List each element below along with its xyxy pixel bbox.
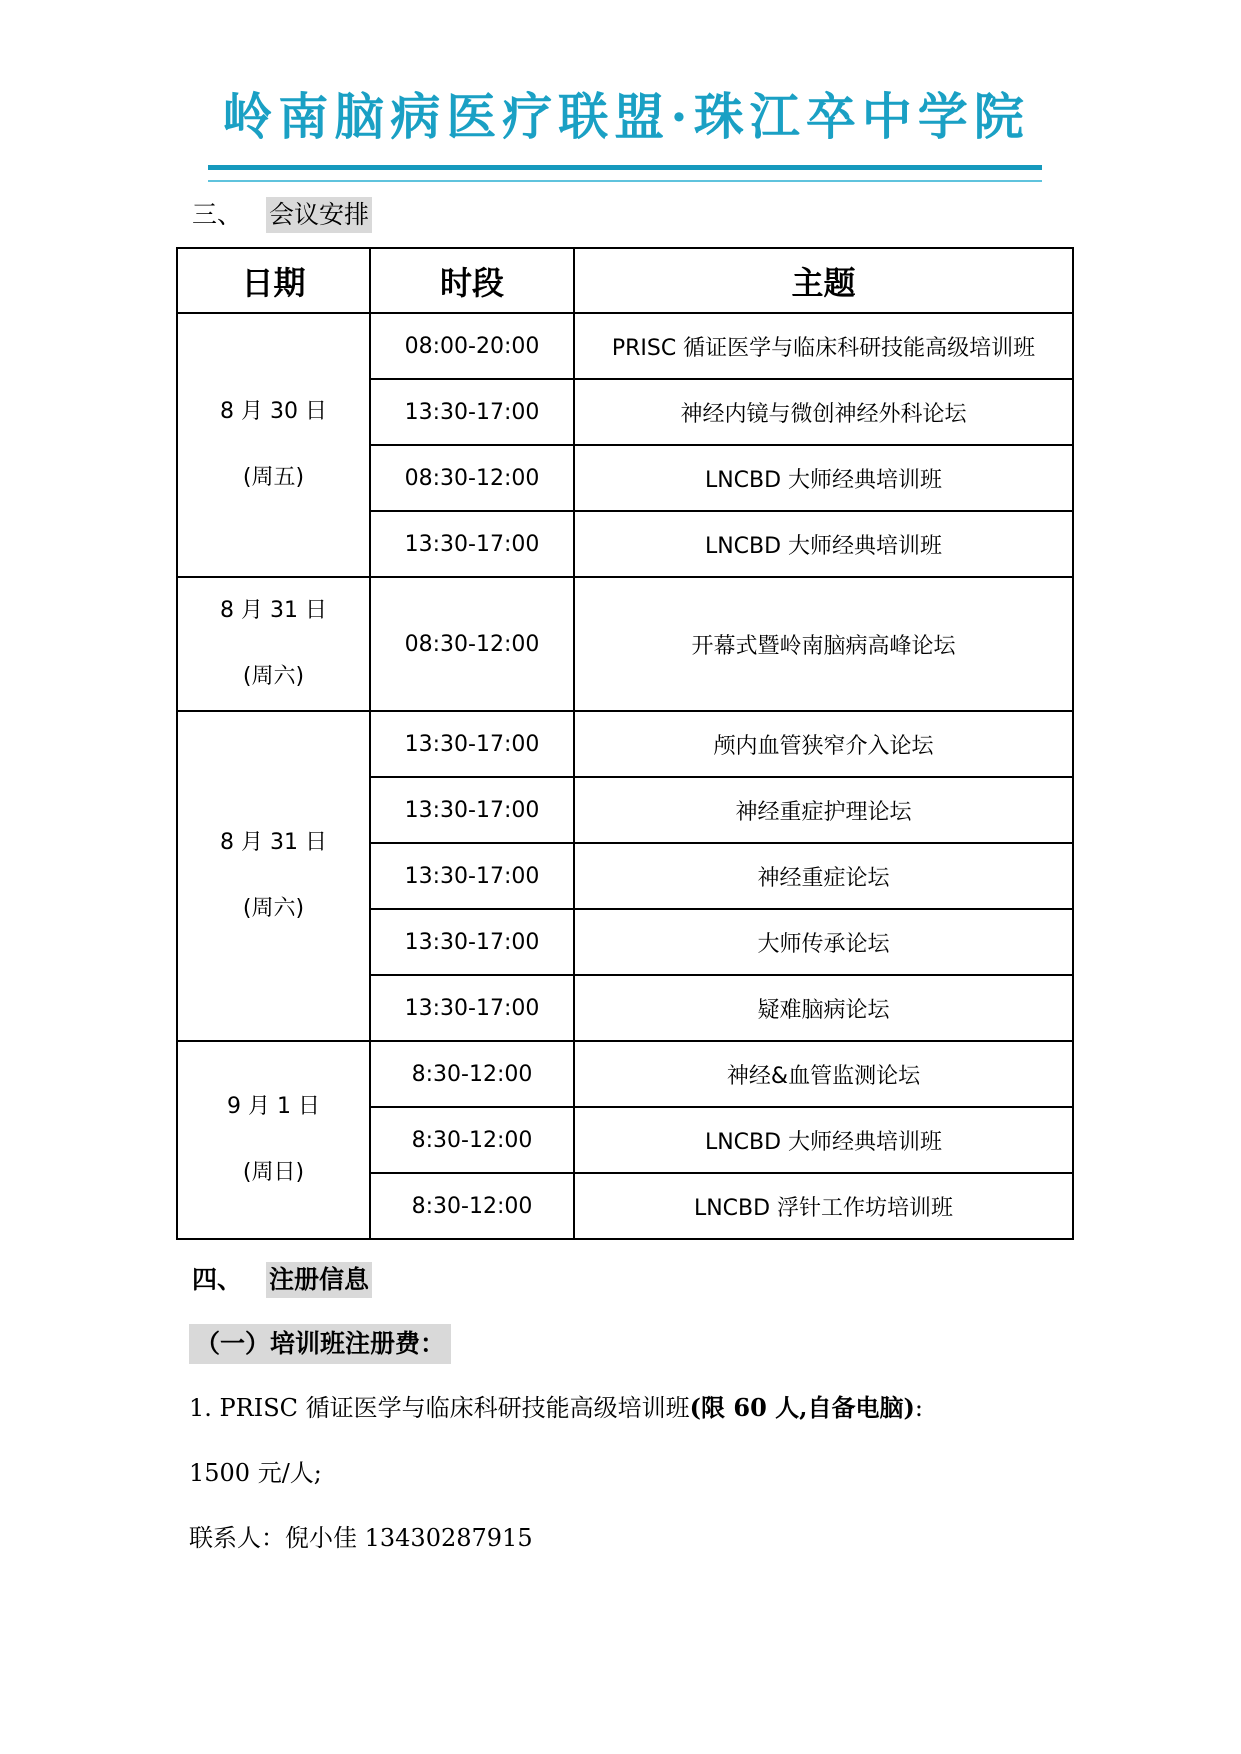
section-heading-meeting: 三、会议安排 — [192, 197, 372, 233]
topic-cell: 颅内血管狭窄介入论坛 — [574, 711, 1073, 777]
column-header-time: 时段 — [370, 248, 574, 313]
column-header-topic: 主题 — [574, 248, 1073, 313]
section-number: 三、 — [192, 197, 242, 233]
section-title: 注册信息 — [266, 1262, 372, 1298]
table-header-row: 日期 时段 主题 — [177, 248, 1073, 313]
item-title: 1. PRISC 循证医学与临床科研技能高级培训班 — [189, 1394, 690, 1422]
registration-item-1: 1. PRISC 循证医学与临床科研技能高级培训班(限 60 人,自备电脑): — [189, 1390, 923, 1426]
section-heading-registration: 四、注册信息 — [192, 1262, 372, 1298]
date-cell: 9 月 1 日 (周日) — [177, 1041, 370, 1239]
date-label: 9 月 1 日 — [178, 1074, 369, 1140]
registration-price: 1500 元/人; — [189, 1455, 322, 1491]
time-cell: 13:30-17:00 — [370, 975, 574, 1041]
topic-cell: LNCBD 大师经典培训班 — [574, 445, 1073, 511]
time-cell: 8:30-12:00 — [370, 1107, 574, 1173]
time-cell: 08:30-12:00 — [370, 445, 574, 511]
time-cell: 08:00-20:00 — [370, 313, 574, 379]
time-cell: 13:30-17:00 — [370, 711, 574, 777]
section-title: 会议安排 — [266, 197, 372, 233]
registration-contact: 联系人：倪小佳 13430287915 — [189, 1520, 533, 1556]
time-cell: 13:30-17:00 — [370, 843, 574, 909]
time-cell: 13:30-17:00 — [370, 511, 574, 577]
weekday-label: (周六) — [178, 644, 369, 710]
weekday-label: (周六) — [178, 876, 369, 942]
column-header-date: 日期 — [177, 248, 370, 313]
date-cell: 8 月 31 日 (周六) — [177, 577, 370, 711]
schedule-table: 日期 时段 主题 8 月 30 日 (周五) 08:00-20:00 PRISC… — [176, 247, 1074, 1240]
weekday-label: (周日) — [178, 1140, 369, 1206]
topic-cell: LNCBD 浮针工作坊培训班 — [574, 1173, 1073, 1239]
weekday-label: (周五) — [178, 445, 369, 511]
table-row: 8 月 30 日 (周五) 08:00-20:00 PRISC 循证医学与临床科… — [177, 313, 1073, 379]
topic-cell: PRISC 循证医学与临床科研技能高级培训班 — [574, 313, 1073, 379]
topic-cell: 神经内镜与微创神经外科论坛 — [574, 379, 1073, 445]
time-cell: 8:30-12:00 — [370, 1041, 574, 1107]
topic-cell: 神经重症护理论坛 — [574, 777, 1073, 843]
topic-cell: 大师传承论坛 — [574, 909, 1073, 975]
time-cell: 13:30-17:00 — [370, 909, 574, 975]
header-divider-thick — [208, 165, 1042, 170]
time-cell: 13:30-17:00 — [370, 777, 574, 843]
table-row: 8 月 31 日 (周六) 08:30-12:00 开幕式暨岭南脑病高峰论坛 — [177, 577, 1073, 711]
time-cell: 13:30-17:00 — [370, 379, 574, 445]
table-row: 9 月 1 日 (周日) 8:30-12:00 神经&血管监测论坛 — [177, 1041, 1073, 1107]
subsection-heading-training-fee: （一）培训班注册费： — [189, 1324, 451, 1364]
section-number: 四、 — [192, 1262, 242, 1298]
item-note: (限 60 人,自备电脑) — [690, 1393, 915, 1422]
topic-cell: LNCBD 大师经典培训班 — [574, 511, 1073, 577]
date-label: 8 月 30 日 — [178, 379, 369, 445]
date-label: 8 月 31 日 — [178, 578, 369, 644]
date-label: 8 月 31 日 — [178, 810, 369, 876]
topic-cell: 开幕式暨岭南脑病高峰论坛 — [574, 577, 1073, 711]
header-title: 岭南脑病医疗联盟·珠江卒中学院 — [206, 82, 1046, 152]
time-cell: 08:30-12:00 — [370, 577, 574, 711]
header-divider-thin — [208, 180, 1042, 182]
topic-cell: LNCBD 大师经典培训班 — [574, 1107, 1073, 1173]
date-cell: 8 月 30 日 (周五) — [177, 313, 370, 577]
time-cell: 8:30-12:00 — [370, 1173, 574, 1239]
item-colon: : — [915, 1394, 923, 1422]
date-cell: 8 月 31 日 (周六) — [177, 711, 370, 1041]
topic-cell: 神经重症论坛 — [574, 843, 1073, 909]
topic-cell: 神经&血管监测论坛 — [574, 1041, 1073, 1107]
topic-cell: 疑难脑病论坛 — [574, 975, 1073, 1041]
table-row: 8 月 31 日 (周六) 13:30-17:00 颅内血管狭窄介入论坛 — [177, 711, 1073, 777]
